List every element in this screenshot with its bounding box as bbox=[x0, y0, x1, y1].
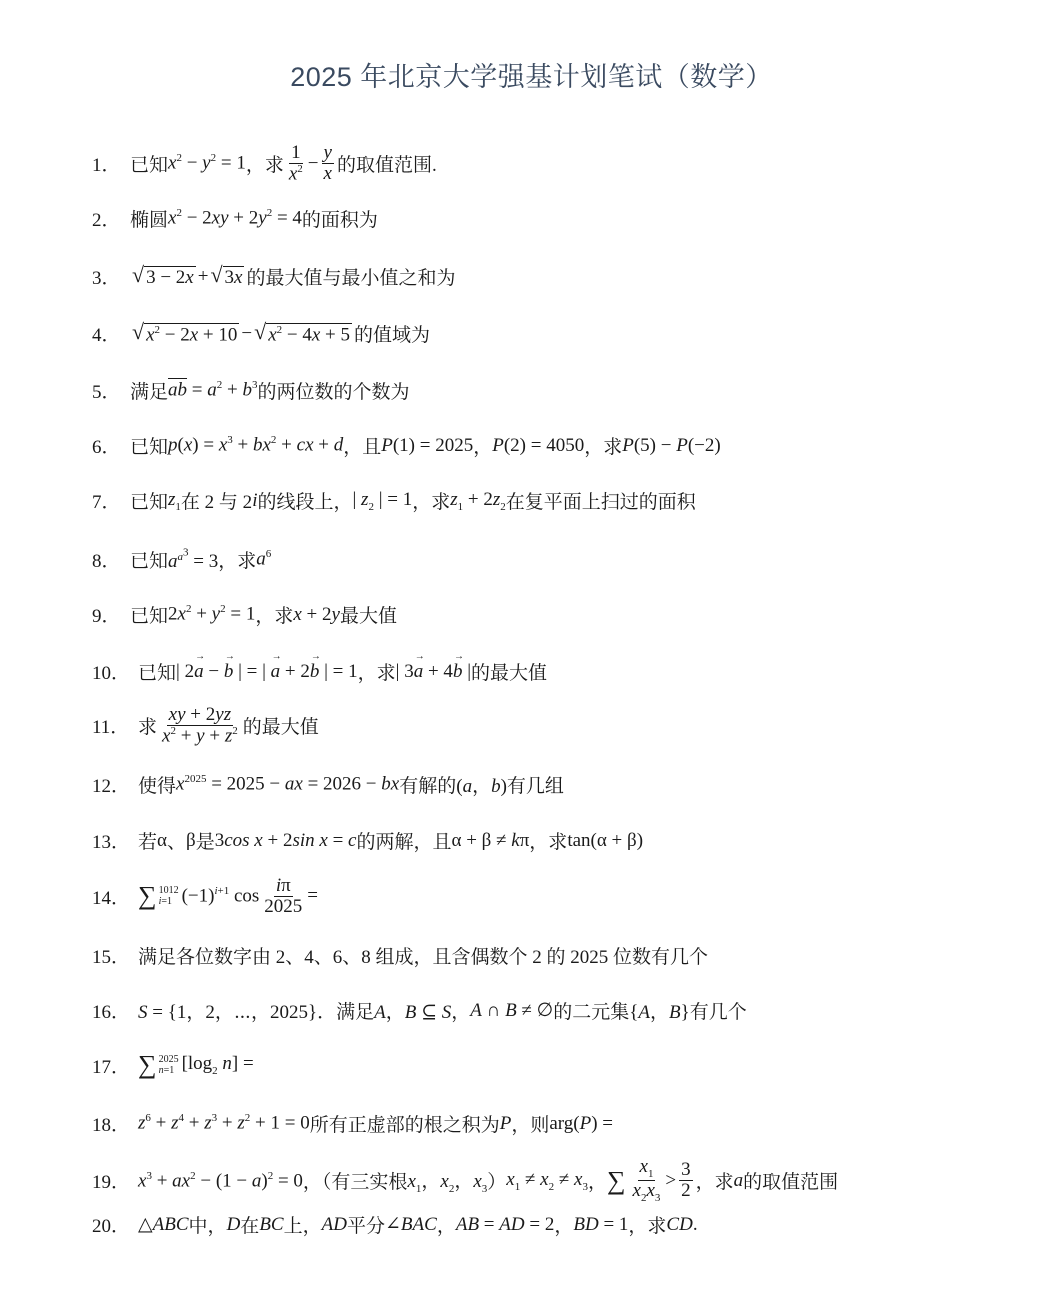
problem-number: 17． bbox=[92, 1052, 130, 1079]
problem-number: 8． bbox=[92, 546, 122, 573]
problem-number: 16． bbox=[92, 997, 130, 1024]
problem-text: 已知 p(x) = x3 + bx2 + cx + d，且 P(1) = 202… bbox=[130, 432, 721, 459]
problem-text: 已知 x2 − y2 = 1，求 1x2−yx 的取值范围. bbox=[130, 143, 437, 184]
problem-number: 14． bbox=[92, 883, 130, 910]
problem-number: 1． bbox=[92, 150, 122, 177]
problem-text: 已知 aa3 = 3，求 a6 bbox=[130, 546, 271, 573]
problem-number: 13． bbox=[92, 827, 130, 854]
problem-text: x3 + ax2 − (1 − a)2 = 0，（有三实根 x1，x2，x3）x… bbox=[138, 1157, 838, 1205]
problem-19: 19．x3 + ax2 − (1 − a)2 = 0，（有三实根 x1，x2，x… bbox=[92, 1157, 838, 1205]
problem-text: S = {1，2，⋯，2025}．满足 A，B ⊆ S，A ∩ B ≠ ∅ 的二… bbox=[138, 997, 747, 1024]
problem-3: 3．√3 − 2x+√3x 的最大值与最小值之和为 bbox=[92, 263, 455, 290]
problem-number: 5． bbox=[92, 377, 122, 404]
problem-6: 6．已知 p(x) = x3 + bx2 + cx + d，且 P(1) = 2… bbox=[92, 432, 721, 459]
problem-10: 10．已知 | 2a − b | = | a + 2b | = 1，求 | 3a… bbox=[92, 658, 547, 685]
problem-number: 18． bbox=[92, 1110, 130, 1137]
problem-text: √x2 − 2x + 10−√x2 − 4x + 5 的值域为 bbox=[130, 320, 430, 347]
problem-13: 13．若 α 、β 是 3cos x + 2sin x = c 的两解，且 α … bbox=[92, 827, 643, 854]
problem-number: 6． bbox=[92, 432, 122, 459]
problem-number: 11． bbox=[92, 712, 130, 739]
problem-text: 已知 | 2a − b | = | a + 2b | = 1，求 | 3a + … bbox=[138, 658, 547, 685]
problem-text: z6 + z4 + z3 + z2 + 1 = 0 所有正虚部的根之积为 P，则… bbox=[138, 1110, 613, 1137]
problem-17: 17．∑2025n=1[log2 n] = bbox=[92, 1050, 254, 1080]
problem-14: 14．∑1012i=1(−1)i+1 cosiπ2025= bbox=[92, 876, 318, 917]
problem-20: 20．△ABC 中，D 在 BC 上，AD 平分 ∠BAC，AB = AD = … bbox=[92, 1211, 698, 1238]
problem-text: 满足各位数字由 2、4、6、8 组成，且含偶数个 2 的 2025 位数有几个 bbox=[138, 942, 708, 969]
problem-text: ∑2025n=1[log2 n] = bbox=[138, 1050, 254, 1080]
problem-number: 2． bbox=[92, 205, 122, 232]
problem-text: 已知 2x2 + y2 = 1，求 x + 2y 最大值 bbox=[130, 601, 397, 628]
problem-18: 18．z6 + z4 + z3 + z2 + 1 = 0 所有正虚部的根之积为 … bbox=[92, 1110, 613, 1137]
problem-number: 12． bbox=[92, 771, 130, 798]
problem-number: 4． bbox=[92, 320, 122, 347]
problem-2: 2．椭圆 x2 − 2xy + 2y2 = 4 的面积为 bbox=[92, 205, 378, 232]
problem-text: 满足 ab = a2 + b3 的两位数的个数为 bbox=[130, 377, 409, 404]
problem-number: 9． bbox=[92, 601, 122, 628]
problem-number: 10． bbox=[92, 658, 130, 685]
problem-1: 1．已知 x2 − y2 = 1，求 1x2−yx 的取值范围. bbox=[92, 143, 437, 184]
problem-text: 椭圆 x2 − 2xy + 2y2 = 4 的面积为 bbox=[130, 205, 378, 232]
problem-5: 5．满足 ab = a2 + b3 的两位数的个数为 bbox=[92, 377, 409, 404]
problem-number: 3． bbox=[92, 263, 122, 290]
page-title: 2025 年北京大学强基计划笔试（数学） bbox=[0, 55, 1063, 94]
problem-text: √3 − 2x+√3x 的最大值与最小值之和为 bbox=[130, 263, 455, 290]
problem-text: 若 α 、β 是 3cos x + 2sin x = c 的两解，且 α + β… bbox=[138, 827, 643, 854]
problem-text: △ABC 中，D 在 BC 上，AD 平分 ∠BAC，AB = AD = 2，B… bbox=[138, 1211, 698, 1238]
problem-number: 7． bbox=[92, 487, 122, 514]
problem-4: 4．√x2 − 2x + 10−√x2 − 4x + 5 的值域为 bbox=[92, 320, 430, 347]
problem-text: ∑1012i=1(−1)i+1 cosiπ2025= bbox=[138, 876, 318, 917]
problem-12: 12．使得 x2025 = 2025 − ax = 2026 − bx 有解的 … bbox=[92, 771, 564, 798]
problem-text: 求 xy + 2yzx2 + y + z2 的最大值 bbox=[138, 705, 319, 746]
problem-16: 16．S = {1，2，⋯，2025}．满足 A，B ⊆ S，A ∩ B ≠ ∅… bbox=[92, 997, 747, 1024]
problem-number: 20． bbox=[92, 1211, 130, 1238]
problem-15: 15．满足各位数字由 2、4、6、8 组成，且含偶数个 2 的 2025 位数有… bbox=[92, 942, 708, 969]
problem-9: 9．已知 2x2 + y2 = 1，求 x + 2y 最大值 bbox=[92, 601, 397, 628]
problem-11: 11．求 xy + 2yzx2 + y + z2 的最大值 bbox=[92, 705, 319, 746]
problem-number: 19． bbox=[92, 1167, 130, 1194]
problem-number: 15． bbox=[92, 942, 130, 969]
problem-text: 已知 z1 在 2 与 2i 的线段上，| z2 | = 1，求 z1 + 2z… bbox=[130, 487, 696, 514]
problem-8: 8．已知 aa3 = 3，求 a6 bbox=[92, 546, 271, 573]
problem-7: 7．已知 z1 在 2 与 2i 的线段上，| z2 | = 1，求 z1 + … bbox=[92, 487, 696, 514]
problem-text: 使得 x2025 = 2025 − ax = 2026 − bx 有解的 (a，… bbox=[138, 771, 564, 798]
